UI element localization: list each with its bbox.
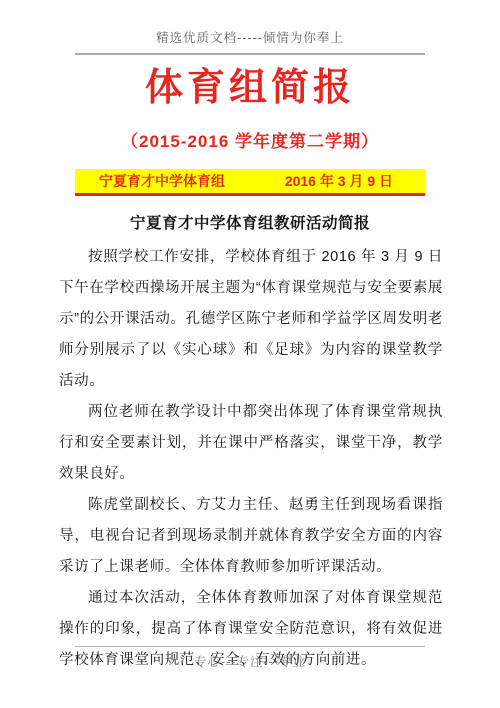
watermark-text: 精选优质文档-----倾情为你奉上 (0, 28, 500, 46)
footer-rule (75, 646, 425, 647)
issue-date: 2016 年 3 月 9 日 (285, 171, 393, 191)
article-heading: 宁夏育才中学体育组教研活动简报 (0, 211, 500, 233)
document-page: 精选优质文档-----倾情为你奉上 体育组简报 （2015-2016 学年度第二… (0, 0, 500, 708)
article-paragraph: 陈虎堂副校长、方艾力主任、赵勇主任到现场看课指导，电视台记者到现场录制并就体育教… (59, 490, 443, 583)
article-paragraph: 两位老师在教学设计中都突出体现了体育课堂常规执行和安全要素计划，并在课中严格落实… (59, 397, 443, 490)
footer-tagline: 专心---专注---专业 (0, 652, 500, 670)
document-footer: 专心---专注---专业 (0, 646, 500, 670)
masthead-issuer-date-line: 宁夏育才中学体育组 2016 年 3 月 9 日 (75, 169, 425, 196)
header-rule (75, 53, 425, 55)
document-header: 精选优质文档-----倾情为你奉上 (0, 0, 500, 55)
article-paragraph: 按照学校工作安排，学校体育组于 2016 年 3 月 9 日下午在学校西操场开展… (59, 242, 443, 397)
bulletin-title: 体育组简报 (0, 65, 500, 111)
issuer-name: 宁夏育才中学体育组 (99, 171, 225, 191)
article-body: 按照学校工作安排，学校体育组于 2016 年 3 月 9 日下午在学校西操场开展… (59, 242, 443, 676)
bulletin-subtitle: （2015-2016 学年度第二学期） (0, 127, 500, 152)
